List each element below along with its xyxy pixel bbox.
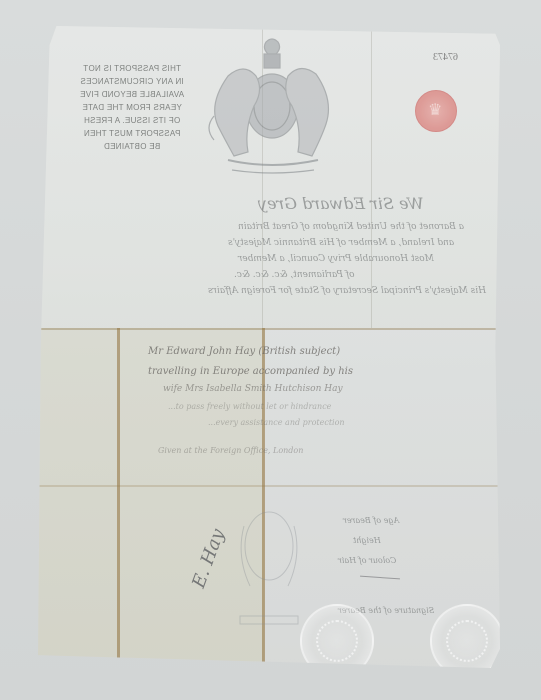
request-line: ...to pass freely without let or hindran… [168,402,331,411]
faint-crest-watermark-icon [234,496,304,636]
issuer-heading: We Sir Edward Grey [258,194,424,213]
vertical-fold-left [117,328,120,668]
stamp-line: PASSPORT MUST THEN [72,127,192,140]
horizontal-fold [38,328,500,330]
stamp-line: IN ANY CIRCUMSTANCES [72,75,192,88]
lower-left-panel [38,328,264,668]
issuer-line: Most Honourable Privy Council, a Member [238,254,434,264]
stamp-line: THIS PASSPORT IS NOT [72,62,192,75]
bearer-detail-label: Colour of Hair [338,556,396,565]
issuer-line: His Majesty's Principal Secretary of Sta… [208,286,486,296]
issuer-line: a Baronet of the United Kingdom of Great… [238,222,464,232]
bearer-line: wife Mrs Isabella Smith Hutchison Hay [163,384,343,394]
passport-document: THIS PASSPORT IS NOT IN ANY CIRCUMSTANCE… [38,26,500,668]
issue-line: Given at the Foreign Office, London [158,446,303,455]
serial-number: 67473 [433,52,458,63]
request-line: ...every assistance and protection [208,418,345,427]
vertical-crease-right [371,26,372,328]
red-crown-seal-icon [415,90,457,132]
stamp-line: YEARS FROM THE DATE [72,101,192,114]
embossed-seal-icon [300,604,374,678]
issuer-line: and Ireland, a Member of His Britannic M… [228,238,454,248]
embossed-seal-icon [430,604,504,678]
stamp-line: OF ITS ISSUE. A FRESH [72,114,192,127]
bearer-detail-label: Age of Bearer [343,516,399,525]
issuer-line: of Parliament, &c. &c. &c. [234,270,355,280]
bearer-line: Mr Edward John Hay (British subject) [148,346,340,357]
stamp-line: AVAILABLE BEYOND FIVE [72,88,192,101]
bearer-line: travelling in Europe accompanied by his [148,366,353,377]
royal-coat-of-arms-icon [188,36,348,186]
validity-stamp-text: THIS PASSPORT IS NOT IN ANY CIRCUMSTANCE… [72,62,192,153]
stamp-line: BE OBTAINED [72,140,192,153]
bearer-detail-label: Height [353,536,381,545]
horizontal-fold-lower [38,485,500,487]
